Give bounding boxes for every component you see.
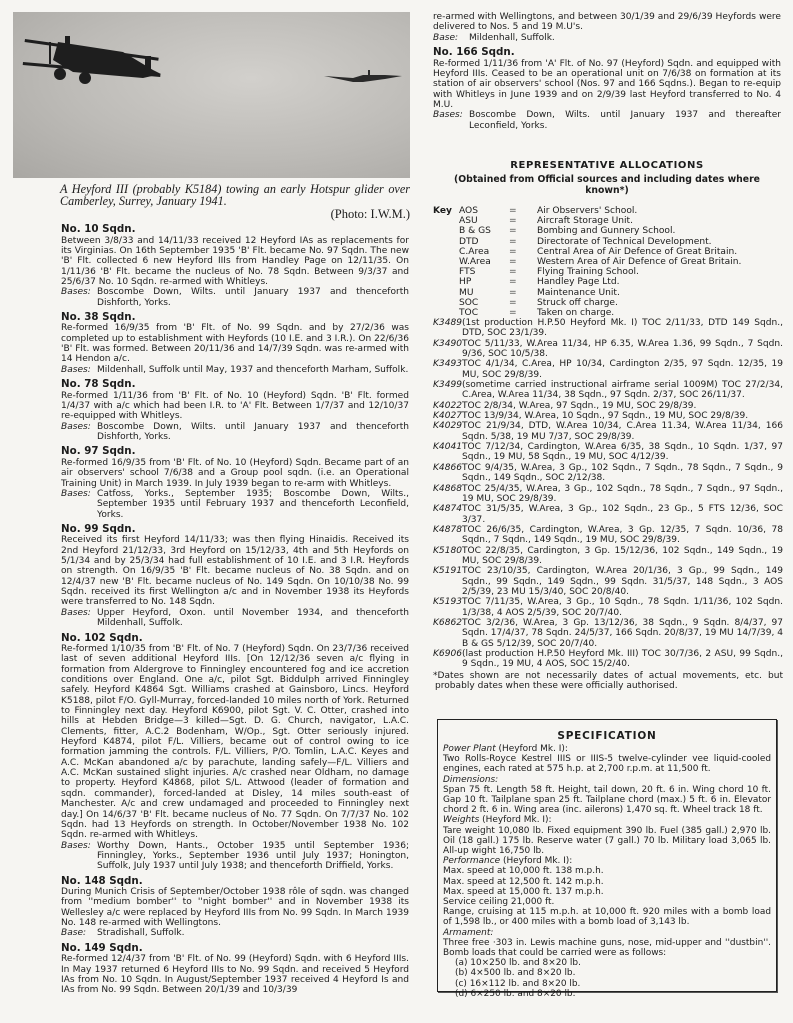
squadron-title: No. 97 Sqdn. [61,446,409,458]
bomb-loads: (a) 10×250 lb. and 8×20 lb. (b) 4×500 lb… [443,958,771,999]
key-row: C.Area=Central Area of Air Defence of Gr… [433,247,781,257]
performance-line: Range, cruising at 115 m.p.h. at 10,000 … [443,907,771,927]
key-equals: = [509,277,537,287]
key-meaning: Taken on charge. [537,308,614,318]
photo-caption: A Heyford III (probably K5184) towing an… [60,183,410,207]
allocation-history: (sometime carried instructional airframe… [462,380,783,401]
squadron-section-continued: re-armed with Wellingtons, and between 3… [433,12,781,43]
allocation-history: TOC 5/11/33, W.Area 11/34, HP 6.35, W.Ar… [462,339,783,360]
squadron-section: No. 99 Sqdn. Received its first Heyford … [61,524,409,629]
allocation-entry: K6862TOC 3/2/36, W.Area, 3 Gp. 13/12/36,… [433,618,783,649]
key-meaning: Air Observers' School. [537,206,637,216]
squadron-bases: Bases:Upper Heyford, Oxon. until Novembe… [61,608,409,629]
allocation-entry: K4022TOC 2/8/34, W.Area, 97 Sqdn., 19 MU… [433,401,783,411]
key-abbreviation: MU [459,288,509,298]
squadron-title: No. 99 Sqdn. [61,524,409,536]
power-plant-heading: Power Plant (Heyford Mk. I): [443,744,771,754]
allocation-history: TOC 7/11/35, W.Area, 3 Gp., 10 Sqdn., 78… [462,597,783,618]
power-plant-text: Two Rolls-Royce Kestrel IIIS or IIIS-5 t… [443,754,771,774]
aircraft-serial: K3490 [433,339,462,360]
key-row: W.Area=Western Area of Air Defence of Gr… [433,257,781,267]
squadron-body: During Munich Crisis of September/Octobe… [61,887,409,928]
key-meaning: Central Area of Air Defence of Great Bri… [537,247,737,257]
key-row: HP=Handley Page Ltd. [433,277,781,287]
key-meaning: Flying Training School. [537,267,639,277]
bases-label: Bases: [61,287,97,308]
key-equals: = [509,267,537,277]
key-label [433,288,459,298]
performance-line: Service ceiling 21,000 ft. [443,897,771,907]
allocation-entry: K3489(1st production H.P.50 Heyford Mk. … [433,318,783,339]
squadron-body: Received its first Heyford 14/11/33; was… [61,535,409,607]
key-row: TOC=Taken on charge. [433,308,781,318]
aircraft-serial: K5180 [433,546,462,567]
key-row: B & GS=Bombing and Gunnery School. [433,226,781,236]
allocation-history: (1st production H.P.50 Heyford Mk. I) TO… [462,318,783,339]
squadron-body: Between 3/8/33 and 14/11/33 received 12 … [61,236,409,288]
bases-label: Bases: [61,422,97,443]
squadron-histories-left: No. 10 Sqdn. Between 3/8/33 and 14/11/33… [61,224,409,1000]
squadron-title: No. 78 Sqdn. [61,379,409,391]
squadron-section: No. 149 Sqdn. Re-formed 12/4/37 from 'B'… [61,943,409,996]
specification-box: SPECIFICATION Power Plant (Heyford Mk. I… [437,719,777,992]
squadron-body: Re-formed 1/10/35 from 'B' Flt. of No. 7… [61,644,409,841]
allocation-entry: K3499(sometime carried instructional air… [433,380,783,401]
bases-value: Boscombe Down, Wilts. until January 1937… [97,287,409,308]
key-abbreviation: HP [459,277,509,287]
specification-title: SPECIFICATION [443,730,771,742]
weights-text: Tare weight 10,080 lb. Fixed equipment 3… [443,826,771,857]
allocation-entry: K4878TOC 26/6/35, Cardington, W.Area, 3 … [433,525,783,546]
key-abbreviation: W.Area [459,257,509,267]
bases-value: Mildenhall, Suffolk. [469,33,781,43]
aircraft-serial: K4022 [433,401,462,411]
aircraft-serial: K4029 [433,421,462,442]
allocation-history: TOC 7/12/34, Cardington, W.Area 6/35, 38… [462,442,783,463]
allocation-history: TOC 22/8/35, Cardington, 3 Gp. 15/12/36,… [462,546,783,567]
key-abbreviation: TOC [459,308,509,318]
key-row: MU=Maintenance Unit. [433,288,781,298]
allocation-list: K3489(1st production H.P.50 Heyford Mk. … [433,318,783,691]
aircraft-serial: K3499 [433,380,462,401]
squadron-title: No. 166 Sqdn. [433,47,781,59]
weights-heading: Weights (Heyford Mk. I): [443,815,771,825]
bomb-load-item: (a) 10×250 lb. and 8×20 lb. [455,958,771,968]
allocation-entry: K6906(last production H.P.50 Heyford Mk.… [433,649,783,670]
key-equals: = [509,206,537,216]
key-abbreviation: ASU [459,216,509,226]
biplane-and-glider-silhouette [13,12,410,178]
bases-value: Worthy Down, Hants., October 1935 until … [97,841,409,872]
allocation-history: TOC 26/6/35, Cardington, W.Area, 3 Gp. 1… [462,525,783,546]
allocation-history: (last production H.P.50 Heyford Mk. III)… [462,649,783,670]
key-equals: = [509,308,537,318]
squadron-title: No. 102 Sqdn. [61,633,409,645]
aircraft-serial: K4874 [433,504,462,525]
key-label [433,216,459,226]
allocation-history: TOC 3/2/36, W.Area, 3 Gp. 13/12/36, 38 S… [462,618,783,649]
squadron-body: Re-formed 16/9/35 from 'B' Flt. of No. 1… [61,458,409,489]
performance-line: Max. speed at 10,000 ft. 138 m.p.h. [443,866,771,876]
allocation-history: TOC 23/10/35, Cardington, W.Area 20/1/36… [462,566,783,597]
squadron-section: No. 38 Sqdn. Re-formed 16/9/35 from 'B' … [61,312,409,375]
allocation-history: TOC 25/4/35, W.Area, 3 Gp., 102 Sqdn., 7… [462,484,783,505]
performance-heading: Performance (Heyford Mk. I): [443,856,771,866]
allocation-entry: K3493TOC 4/1/34, C.Area, HP 10/34, Cardi… [433,359,783,380]
aircraft-serial: K4868 [433,484,462,505]
photo-heyford-towing-glider [13,12,410,178]
aircraft-serial: K4041 [433,442,462,463]
aircraft-serial: K4878 [433,525,462,546]
key-row: DTD=Directorate of Technical Development… [433,237,781,247]
squadron-title: No. 10 Sqdn. [61,224,409,236]
bases-value: Boscombe Down, Wilts. until January 1937… [97,422,409,443]
squadron-section: No. 78 Sqdn. Re-formed 1/11/36 from 'B' … [61,379,409,442]
armament-heading: Armament: [443,928,771,938]
key-equals: = [509,298,537,308]
squadron-histories-right: re-armed with Wellingtons, and between 3… [433,12,781,135]
bomb-load-item: (c) 16×112 lb. and 8×20 lb. [455,979,771,989]
key-label [433,257,459,267]
squadron-bases: Bases:Worthy Down, Hants., October 1935 … [61,841,409,872]
bases-label: Bases: [61,365,97,375]
key-abbreviation: SOC [459,298,509,308]
allocations-subtitle: (Obtained from Official sources and incl… [433,175,781,196]
bases-label: Bases: [433,110,469,131]
squadron-title: No. 148 Sqdn. [61,876,409,888]
key-abbreviation: DTD [459,237,509,247]
key-abbreviation: B & GS [459,226,509,236]
performance-line: Max. speed at 15,000 ft. 137 m.p.h. [443,887,771,897]
key-meaning: Aircraft Storage Unit. [537,216,633,226]
aircraft-serial: K5193 [433,597,462,618]
allocations-footnote: *Dates shown are not necessarily dates o… [433,671,783,692]
key-row: SOC=Struck off charge. [433,298,781,308]
allocation-entry: K3490TOC 5/11/33, W.Area 11/34, HP 6.35,… [433,339,783,360]
performance-line: Max. speed at 12,500 ft. 142 m.p.h. [443,877,771,887]
squadron-bases: Bases:Boscombe Down, Wilts. until Januar… [61,287,409,308]
squadron-section: No. 148 Sqdn. During Munich Crisis of Se… [61,876,409,939]
allocations-title: REPRESENTATIVE ALLOCATIONS [433,160,781,171]
bases-value: Stradishall, Suffolk. [97,928,409,938]
key-abbreviation: FTS [459,267,509,277]
aircraft-serial: K3493 [433,359,462,380]
aircraft-serial: K6862 [433,618,462,649]
allocation-entry: K5180TOC 22/8/35, Cardington, 3 Gp. 15/1… [433,546,783,567]
key-meaning: Handley Page Ltd. [537,277,620,287]
key-label [433,308,459,318]
aircraft-serial: K4866 [433,463,462,484]
squadron-bases: Bases:Boscombe Down, Wilts. until Januar… [61,422,409,443]
key-equals: = [509,257,537,267]
allocation-entry: K4027TOC 13/9/34, W.Area, 10 Sqdn., 97 S… [433,411,783,421]
armament-text: Three free ·303 in. Lewis machine guns, … [443,938,771,958]
abbreviation-key: KeyAOS=Air Observers' School.ASU=Aircraf… [433,206,781,318]
squadron-bases: Base:Mildenhall, Suffolk. [433,33,781,43]
key-equals: = [509,226,537,236]
key-label [433,237,459,247]
allocation-entry: K5191TOC 23/10/35, Cardington, W.Area 20… [433,566,783,597]
key-equals: = [509,216,537,226]
bases-value: Catfoss, Yorks., September 1935; Boscomb… [97,489,409,520]
key-label: Key [433,206,459,216]
key-meaning: Bombing and Gunnery School. [537,226,675,236]
bases-value: Upper Heyford, Oxon. until November 1934… [97,608,409,629]
key-equals: = [509,237,537,247]
squadron-bases: Bases:Catfoss, Yorks., September 1935; B… [61,489,409,520]
photo-credit: (Photo: I.W.M.) [331,207,410,222]
squadron-title: No. 38 Sqdn. [61,312,409,324]
bases-label: Bases: [61,841,97,872]
allocation-entry: K4029TOC 21/9/34, DTD, W.Area 10/34, C.A… [433,421,783,442]
bomb-load-item: (d) 6×250 lb. and 8×20 lb. [455,989,771,999]
squadron-body: re-armed with Wellingtons, and between 3… [433,12,781,33]
allocation-history: TOC 9/4/35, W.Area, 3 Gp., 102 Sqdn., 7 … [462,463,783,484]
allocation-history: TOC 21/9/34, DTD, W.Area 10/34, C.Area 1… [462,421,783,442]
aircraft-serial: K5191 [433,566,462,597]
squadron-section: No. 166 Sqdn. Re-formed 1/11/36 from 'A'… [433,47,781,131]
key-label [433,226,459,236]
specification-body: Power Plant (Heyford Mk. I): Two Rolls-R… [443,744,771,999]
aircraft-serial: K3489 [433,318,462,339]
allocation-entry: K4868TOC 25/4/35, W.Area, 3 Gp., 102 Sqd… [433,484,783,505]
aircraft-serial: K6906 [433,649,462,670]
key-label [433,267,459,277]
allocation-history: TOC 13/9/34, W.Area, 10 Sqdn., 97 Sqdn.,… [462,411,783,421]
allocation-entry: K5193TOC 7/11/35, W.Area, 3 Gp., 10 Sqdn… [433,597,783,618]
key-meaning: Maintenance Unit. [537,288,620,298]
key-abbreviation: C.Area [459,247,509,257]
allocation-entry: K4041TOC 7/12/34, Cardington, W.Area 6/3… [433,442,783,463]
key-row: KeyAOS=Air Observers' School. [433,206,781,216]
squadron-body: Re-formed 1/11/36 from 'A' Flt. of No. 9… [433,59,781,111]
squadron-body: Re-formed 1/11/36 from 'B' Flt. of No. 1… [61,391,409,422]
squadron-bases: Base:Stradishall, Suffolk. [61,928,409,938]
key-meaning: Directorate of Technical Development. [537,237,712,247]
key-meaning: Western Area of Air Defence of Great Bri… [537,257,741,267]
key-meaning: Struck off charge. [537,298,618,308]
squadron-section: No. 97 Sqdn. Re-formed 16/9/35 from 'B' … [61,446,409,520]
squadron-bases: Bases:Mildenhall, Suffolk until May, 193… [61,365,409,375]
key-label [433,247,459,257]
dimensions-text: Span 75 ft. Length 58 ft. Height, tail d… [443,785,771,816]
allocation-entry: K4866TOC 9/4/35, W.Area, 3 Gp., 102 Sqdn… [433,463,783,484]
squadron-bases: Bases:Boscombe Down, Wilts. until Januar… [433,110,781,131]
dimensions-heading: Dimensions: [443,775,771,785]
key-equals: = [509,247,537,257]
key-abbreviation: AOS [459,206,509,216]
key-label [433,277,459,287]
squadron-section: No. 10 Sqdn. Between 3/8/33 and 14/11/33… [61,224,409,308]
allocation-entry: K4874TOC 31/5/35, W.Area, 3 Gp., 102 Sqd… [433,504,783,525]
squadron-body: Re-formed 12/4/37 from 'B' Flt. of No. 9… [61,954,409,995]
bases-label: Base: [433,33,469,43]
allocation-history: TOC 4/1/34, C.Area, HP 10/34, Cardington… [462,359,783,380]
squadron-title: No. 149 Sqdn. [61,943,409,955]
allocation-history: TOC 2/8/34, W.Area, 97 Sqdn., 19 MU, SOC… [462,401,783,411]
bases-label: Base: [61,928,97,938]
bases-value: Mildenhall, Suffolk until May, 1937 and … [97,365,409,375]
aircraft-serial: K4027 [433,411,462,421]
key-row: FTS=Flying Training School. [433,267,781,277]
bases-value: Boscombe Down, Wilts. until January 1937… [469,110,781,131]
allocation-history: TOC 31/5/35, W.Area, 3 Gp., 102 Sqdn., 2… [462,504,783,525]
key-row: ASU=Aircraft Storage Unit. [433,216,781,226]
key-equals: = [509,288,537,298]
squadron-section: No. 102 Sqdn. Re-formed 1/10/35 from 'B'… [61,633,409,872]
squadron-body: Re-formed 16/9/35 from 'B' Flt. of No. 9… [61,323,409,364]
key-label [433,298,459,308]
bomb-load-item: (b) 4×500 lb. and 8×20 lb. [455,968,771,978]
bases-label: Bases: [61,489,97,520]
bases-label: Bases: [61,608,97,629]
